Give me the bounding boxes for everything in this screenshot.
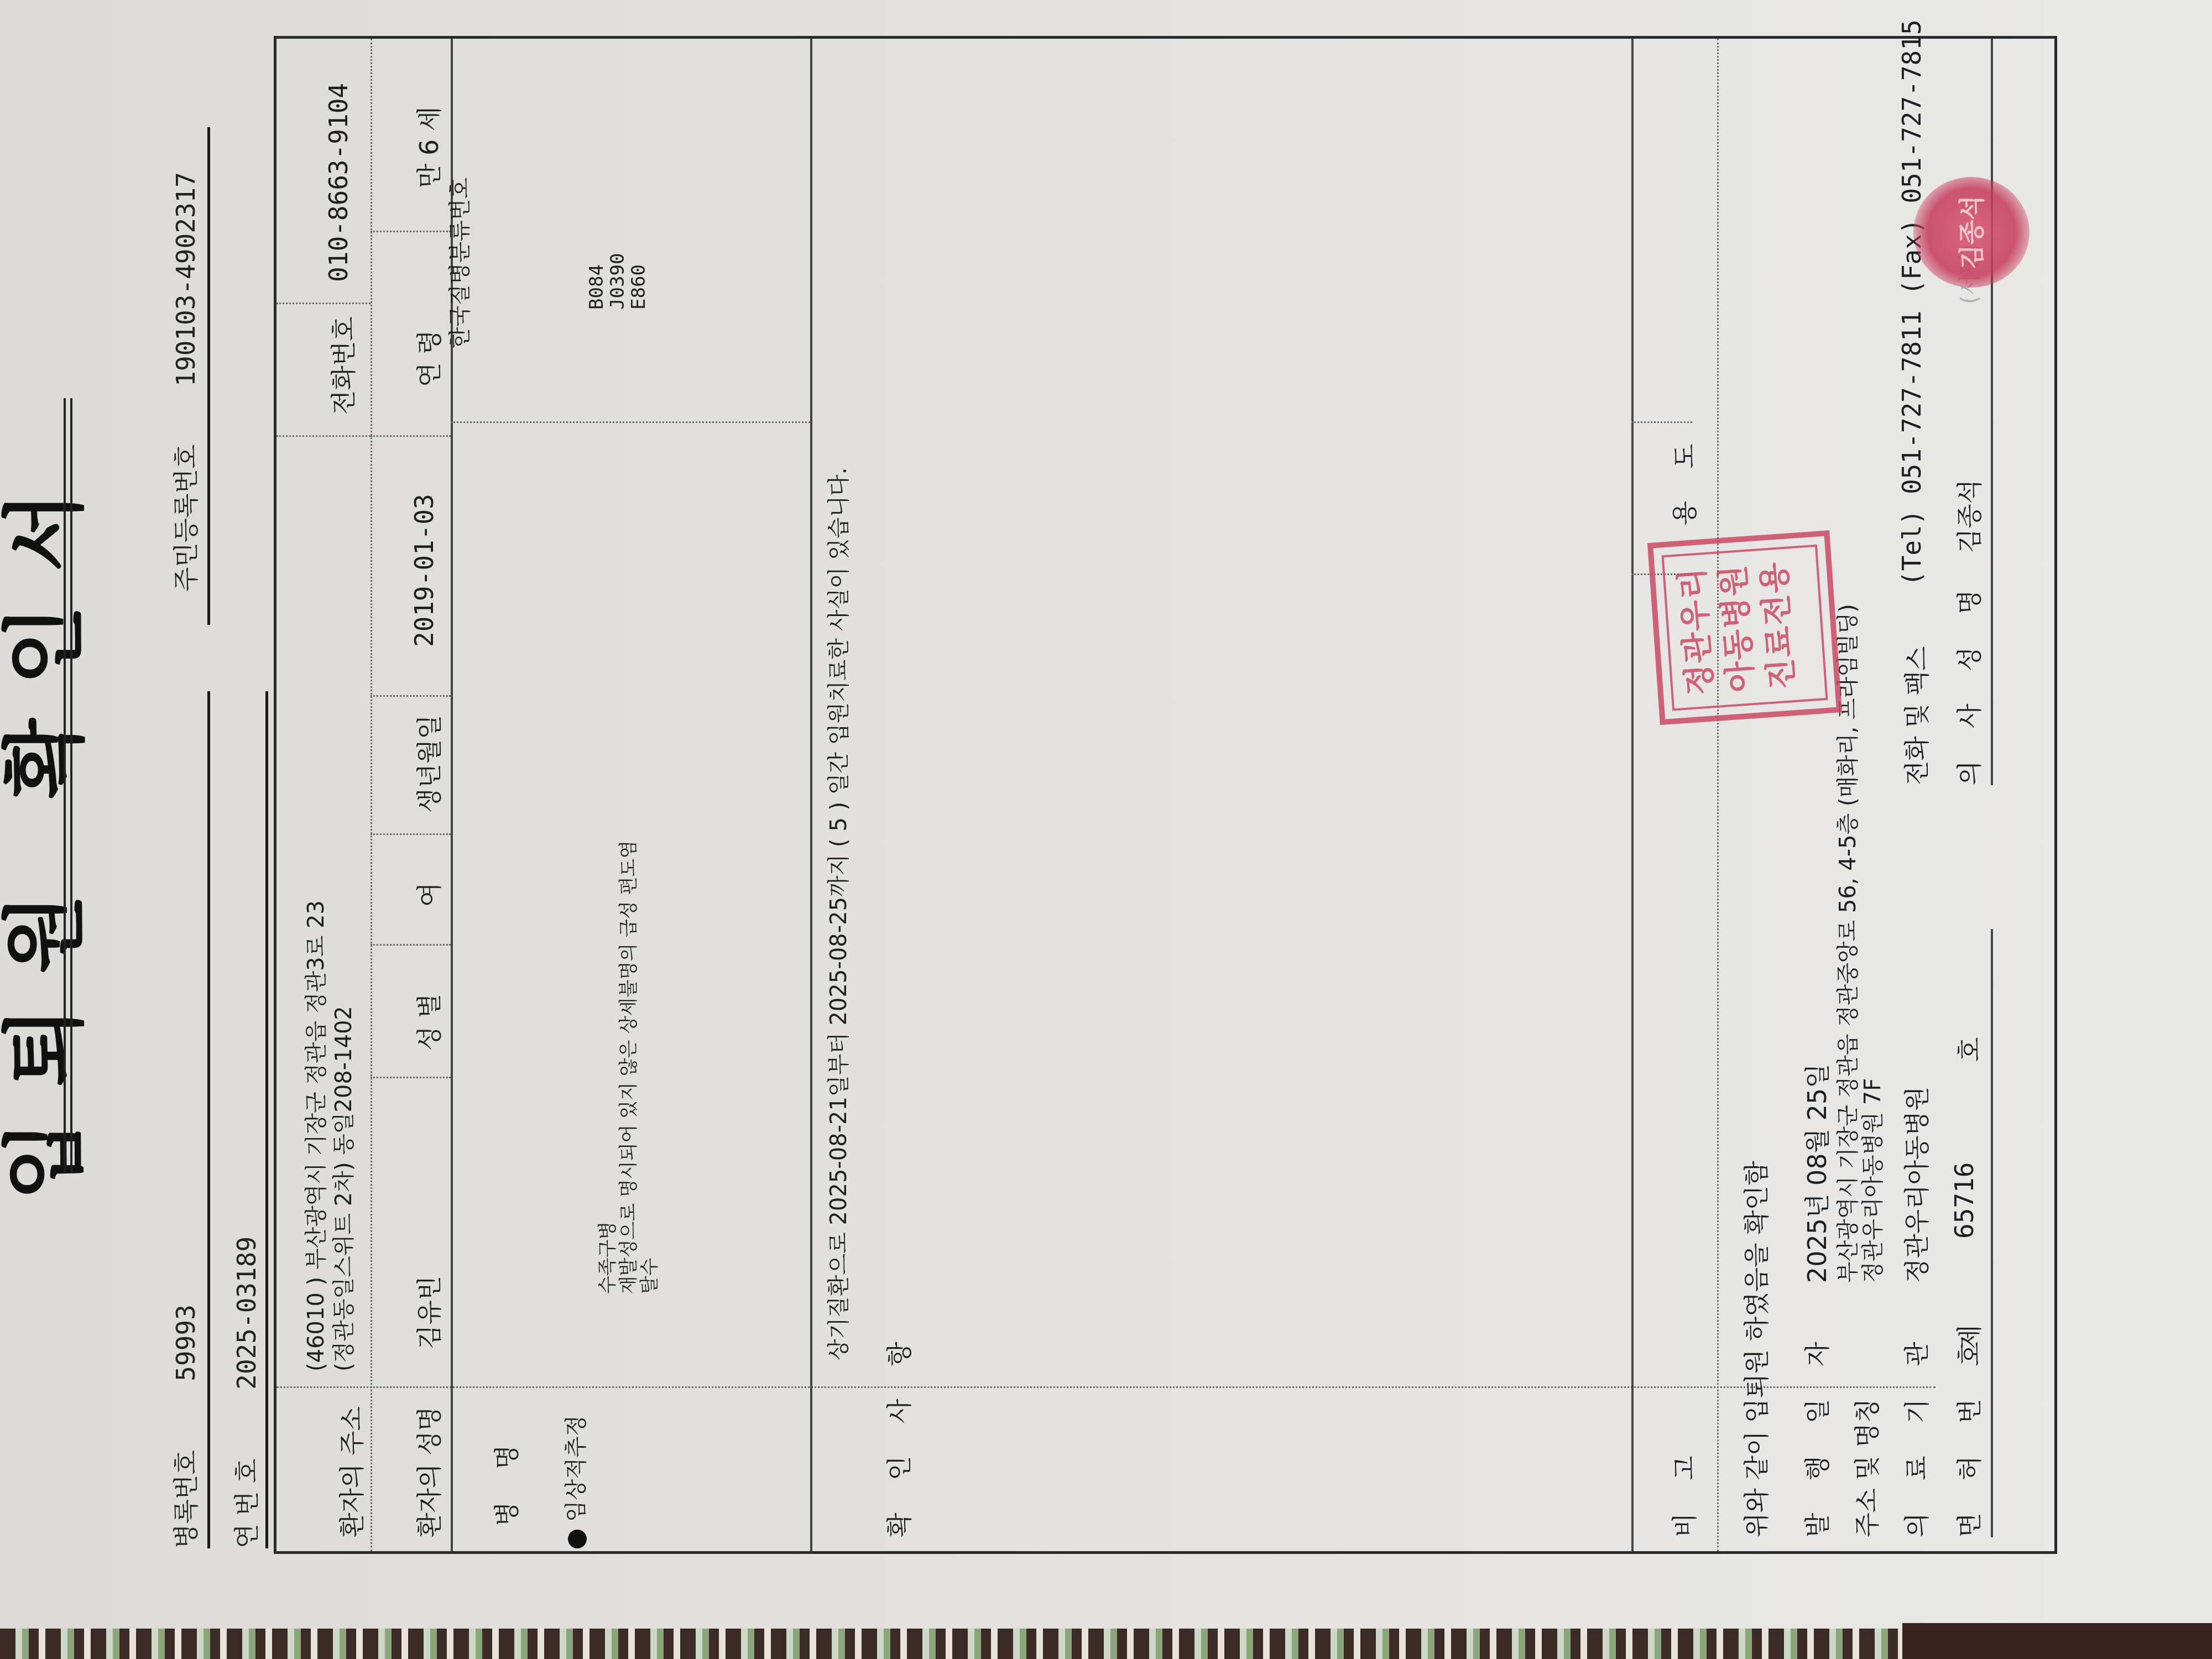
address-label: 환자의 주소 xyxy=(332,1406,368,1537)
issuer-statement: 위와 같이 입퇴원 하였음을 확인함 xyxy=(1736,1161,1773,1537)
diagnosis-3: 탈수 xyxy=(639,1258,660,1294)
doctor-name: 김종석 xyxy=(1949,479,1986,553)
resident-id-value: 190103-4902317 xyxy=(171,172,201,387)
kcd-label: 한국질병분류번호 xyxy=(442,178,474,348)
diagnosis-1: 수족구병 xyxy=(597,1222,618,1294)
issuer-address-line2: 정관우리아동병원 7F xyxy=(1855,1078,1887,1283)
header-rule-1 xyxy=(207,691,210,1548)
patient-phone: 010-8663-9104 xyxy=(324,83,353,282)
clinical-estimate: 임상적추정 xyxy=(559,1415,590,1548)
confirmation-text: 상기질환으로 2025-08-21일부터 2025-08-25까지 ( 5 ) … xyxy=(821,467,853,1360)
patient-dob: 2019-01-03 xyxy=(409,494,439,647)
license-label: 면 허 번 호 xyxy=(1949,1329,1986,1537)
phone-value-divider xyxy=(276,302,371,304)
sex-label: 성 별 xyxy=(409,994,446,1051)
serial-number: 연 번 호 2025-03189 xyxy=(227,1237,263,1548)
kcd-code-3: E860 xyxy=(628,264,649,310)
purpose-divider-right xyxy=(1631,421,1692,423)
serial-number-value: 2025-03189 xyxy=(232,1237,262,1390)
header-rule-2 xyxy=(265,691,268,1548)
institution-label: 의 료 기 관 xyxy=(1897,1329,1933,1537)
row-divider-4 xyxy=(1631,39,1634,1551)
dob-label-divider xyxy=(371,833,451,835)
name-label: 환자의 성명 xyxy=(409,1406,446,1537)
license-suffix: 호 xyxy=(1949,1037,1986,1062)
doctor-seal-stamp: 김종석 xyxy=(1913,177,2030,288)
serial-number-label: 연 번 호 xyxy=(227,1458,263,1548)
patient-address-line2: (정관동일스위트 2차) 동일208-1402 xyxy=(326,1006,358,1371)
label-column-divider xyxy=(276,1386,1936,1388)
resident-id: 주민등록번호 190103-4902317 xyxy=(166,172,202,592)
record-number-value: 59993 xyxy=(171,1305,201,1381)
institution-name: 정관우리아동병원 xyxy=(1897,1087,1933,1284)
bullet-icon xyxy=(568,1530,587,1548)
record-number-label: 병록번호 xyxy=(166,1450,202,1548)
kcd-code-2: J0390 xyxy=(607,253,628,310)
purpose-label: 용 도 xyxy=(1665,432,1701,526)
license-prefix: 제 xyxy=(1949,1325,1986,1349)
age-value-divider xyxy=(371,231,451,232)
clinical-estimate-label: 임상적추정 xyxy=(564,1415,589,1522)
sex-value-divider xyxy=(371,944,451,946)
contact-value: (Tel) 051-727-7811 (Fax) 051-727-7815 xyxy=(1897,19,1927,586)
phone-label-divider xyxy=(276,435,371,437)
phone-label: 전화번호 xyxy=(324,316,360,415)
issue-date-label: 발 행 일 자 xyxy=(1797,1329,1834,1537)
issuer-address-label: 주소 및 명칭 xyxy=(1847,1399,1884,1537)
patient-name: 김유빈 xyxy=(409,1276,446,1349)
row-divider-3 xyxy=(810,39,812,1551)
diagnosis-2: 재발성으로 명시되어 있지 않은 상세불명의 급성 편도염 xyxy=(618,841,639,1294)
dob-value-divider xyxy=(371,695,451,697)
sex-label-divider xyxy=(371,1077,451,1078)
hospital-seal-stamp: 정관우리 아동병원 진료전용 xyxy=(1647,530,1842,725)
patient-sex: 여 xyxy=(409,883,446,907)
age-label: 연 령 xyxy=(409,330,446,388)
license-underline xyxy=(1991,929,1993,1537)
license-number: 65716 xyxy=(1949,1162,1979,1239)
title-underline xyxy=(64,398,72,1172)
row-divider-5 xyxy=(1717,39,1719,1551)
kcd-divider xyxy=(451,421,810,423)
resident-id-underline xyxy=(207,127,210,625)
patient-address-line1: (46010 ) 부산광역시 기장군 정관읍 정관3로 23 xyxy=(299,900,330,1371)
document-title: 입퇴원 확인서 xyxy=(0,387,97,1272)
kcd-code-1: B084 xyxy=(586,264,607,310)
contact-label: 전화 및 팩스 xyxy=(1897,646,1933,785)
age-label-divider xyxy=(371,435,451,437)
remarks-label: 비 고 xyxy=(1665,1444,1701,1538)
dob-label: 생년월일 xyxy=(409,714,446,813)
patient-age: 만 6 세 xyxy=(409,107,446,188)
record-number: 병록번호 59993 xyxy=(166,1305,202,1548)
doctor-label: 의 사 성 명 xyxy=(1949,577,1986,785)
certificate-page: 입퇴원 확인서 병록번호 59993 주민등록번호 190103-4902317… xyxy=(0,0,2212,1659)
diagnosis-label: 병 명 xyxy=(487,1433,523,1527)
certificate-table xyxy=(274,36,2057,1554)
issue-date: 2025년 08월 25일 xyxy=(1797,1063,1834,1283)
resident-id-label: 주민등록번호 xyxy=(166,444,202,592)
doctor-underline xyxy=(1991,39,1993,785)
row-divider-1 xyxy=(371,39,372,1551)
confirmation-label: 확 인 사 항 xyxy=(879,1329,916,1537)
